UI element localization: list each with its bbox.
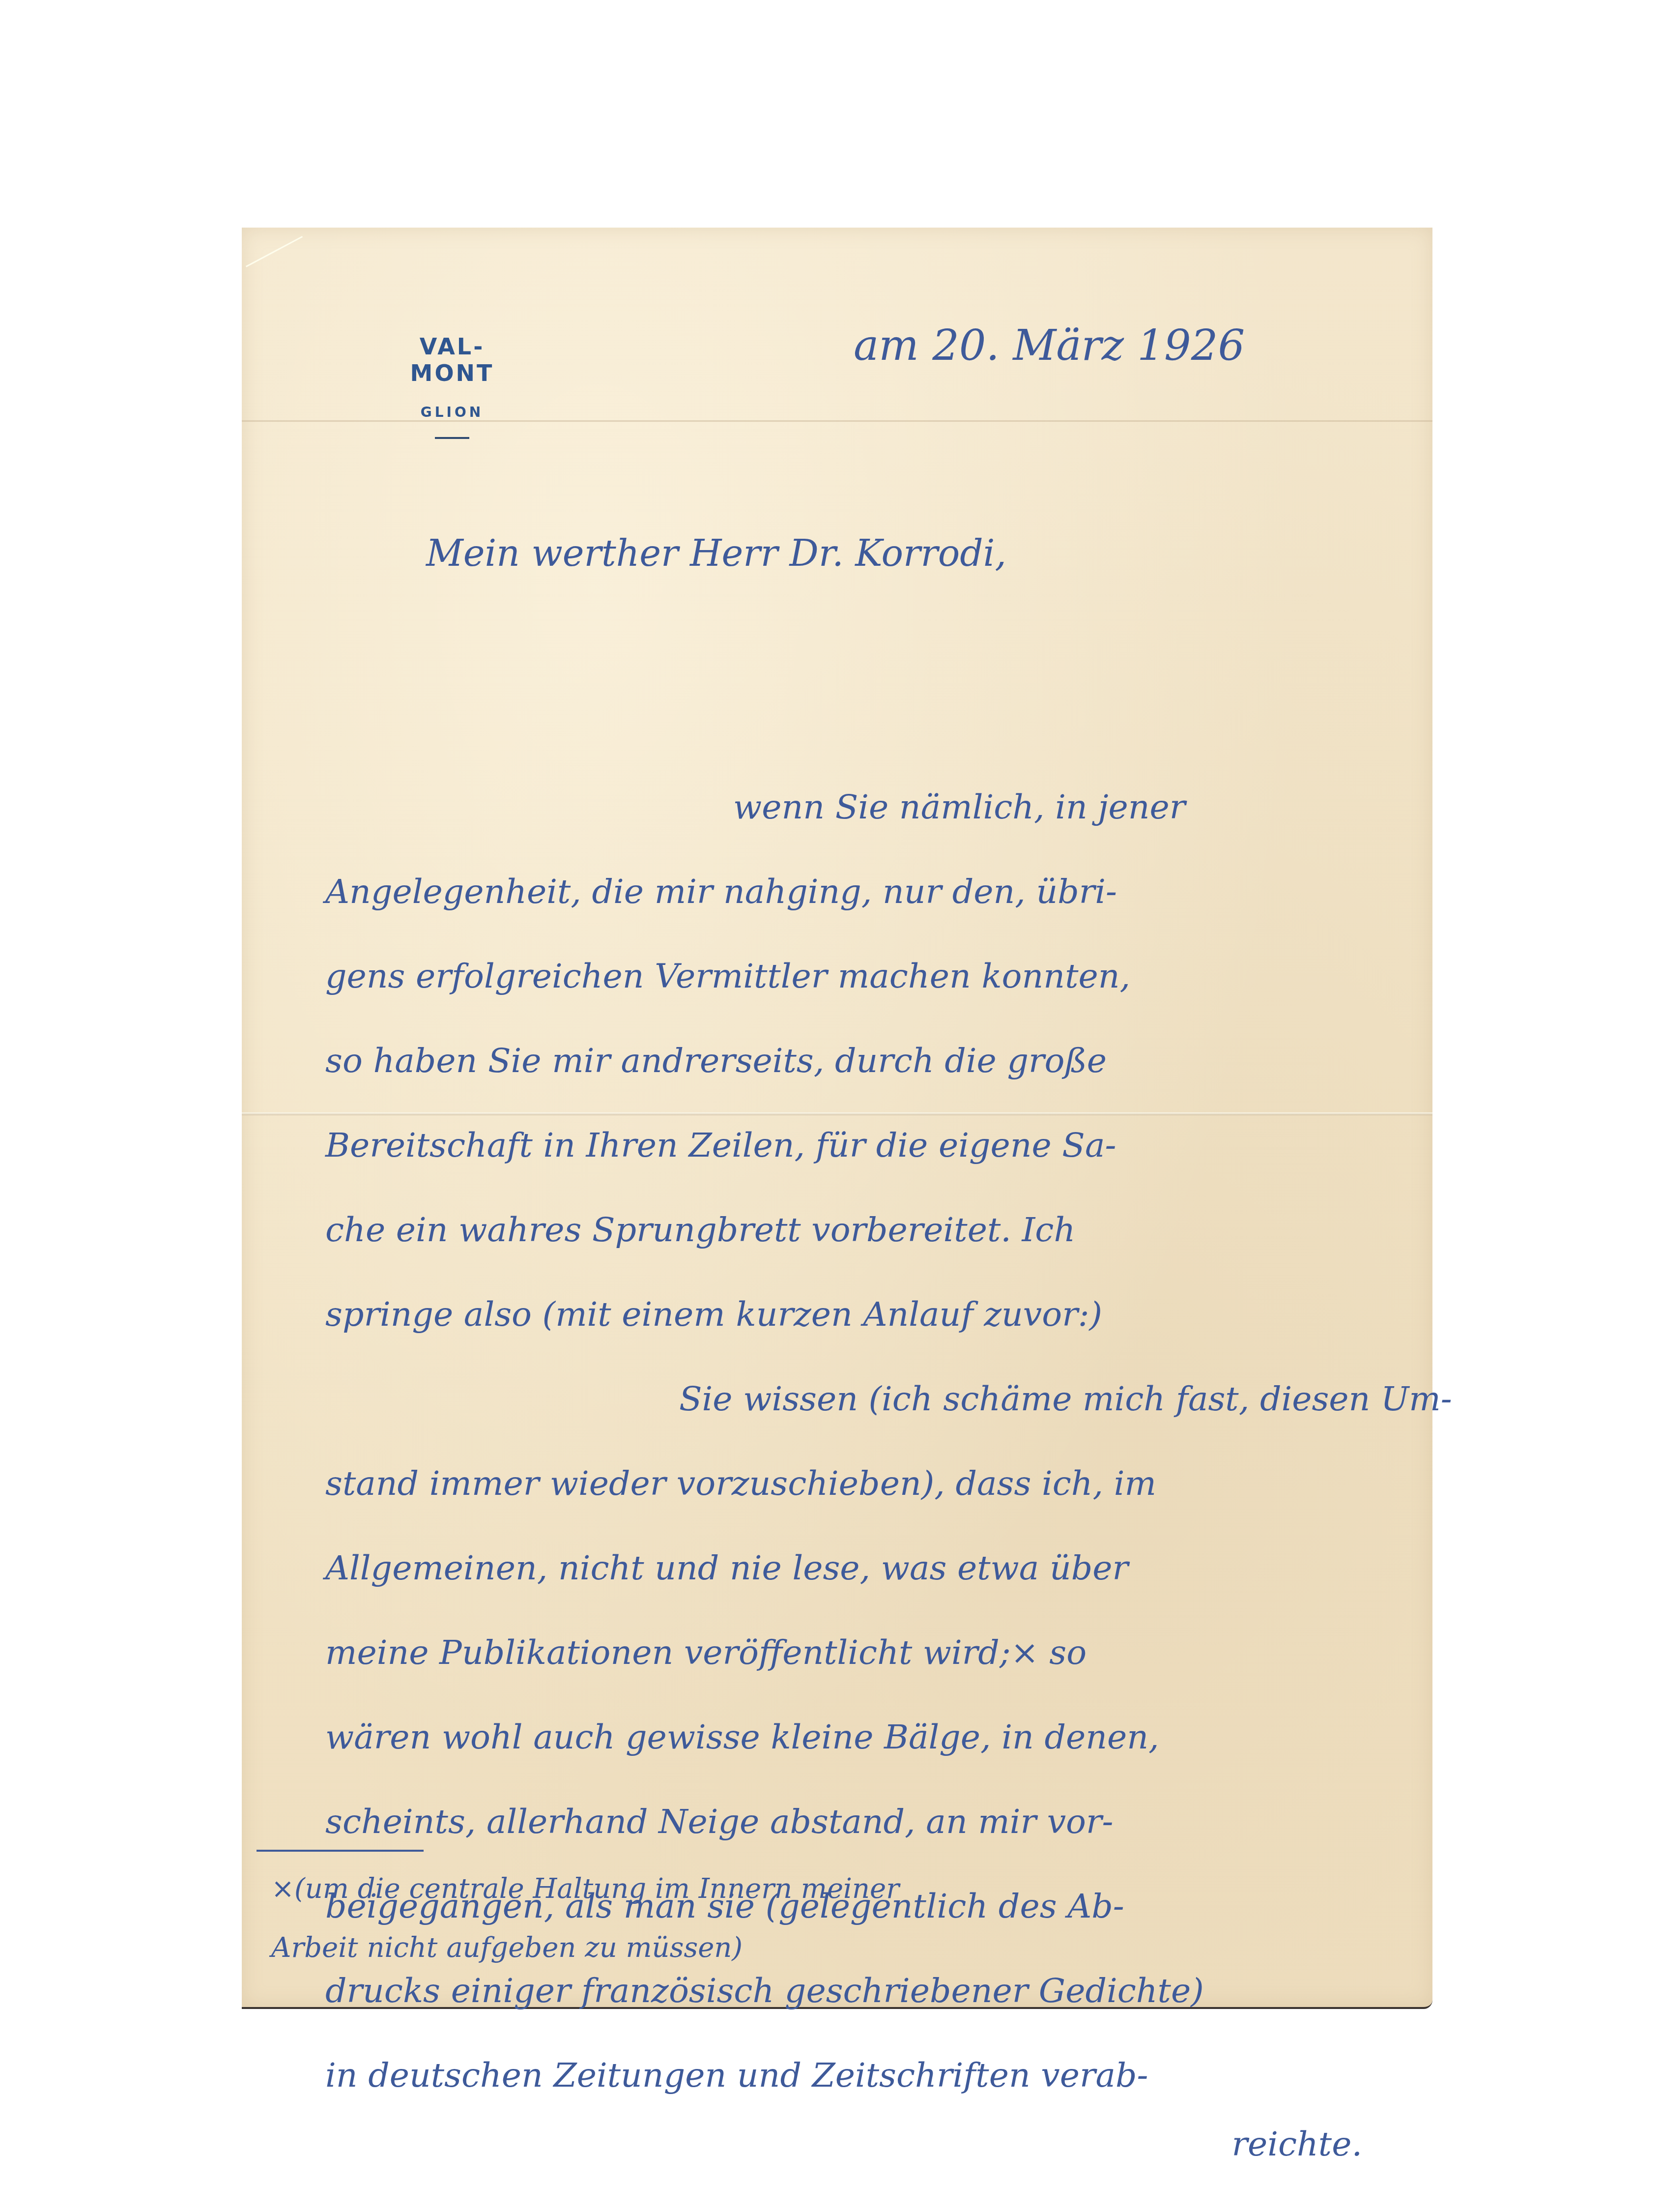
letter-date: am 20. März 1926 xyxy=(854,321,1245,370)
body-line: springe also (mit einem kurzen Anlauf zu… xyxy=(325,1285,1382,1370)
footnote-rule xyxy=(257,1850,424,1852)
body-line: reichte. xyxy=(325,2115,1382,2200)
body-line: so haben Sie mir andrerseits, durch die … xyxy=(325,1032,1382,1116)
salutation: Mein werther Herr Dr. Korrodi, xyxy=(426,532,1006,575)
body-line: gens erfolgreichen Vermittler machen kon… xyxy=(325,947,1382,1032)
footnote: ×(um die centrale Haltung im Innern mein… xyxy=(271,1864,899,1982)
body-line: in deutschen Zeitungen und Zeitschriften… xyxy=(325,2046,1382,2115)
corner-crease xyxy=(246,236,321,302)
letter-body: wenn Sie nämlich, in jener Angelegenheit… xyxy=(325,778,1382,2200)
body-line: stand immer wieder vorzuschieben), dass … xyxy=(325,1455,1382,1539)
footnote-line: ×(um die centrale Haltung im Innern mein… xyxy=(271,1864,899,1923)
body-line: wenn Sie nämlich, in jener xyxy=(325,778,1382,863)
body-line: meine Publikationen veröffentlicht wird;… xyxy=(325,1624,1382,1708)
body-line: wären wohl auch gewisse kleine Bälge, in… xyxy=(325,1708,1382,1793)
footnote-line: Arbeit nicht aufgeben zu müssen) xyxy=(271,1923,899,1982)
body-line: Allgemeinen, nicht und nie lese, was etw… xyxy=(325,1539,1382,1624)
letterhead: VAL-MONT GLION xyxy=(378,333,526,439)
body-line: Angelegenheit, die mir nahging, nur den,… xyxy=(325,863,1382,947)
body-line: Sie wissen (ich schäme mich fast, diesen… xyxy=(325,1370,1382,1455)
letterhead-rule xyxy=(435,437,469,439)
letter-paper: VAL-MONT GLION am 20. März 1926 Mein wer… xyxy=(242,228,1432,2009)
letterhead-place: GLION xyxy=(378,404,526,420)
letterhead-name: VAL-MONT xyxy=(378,333,526,386)
body-line: Bereitschaft in Ihren Zeilen, für die ei… xyxy=(325,1116,1382,1201)
body-line: che ein wahres Sprungbrett vorbereitet. … xyxy=(325,1201,1382,1285)
